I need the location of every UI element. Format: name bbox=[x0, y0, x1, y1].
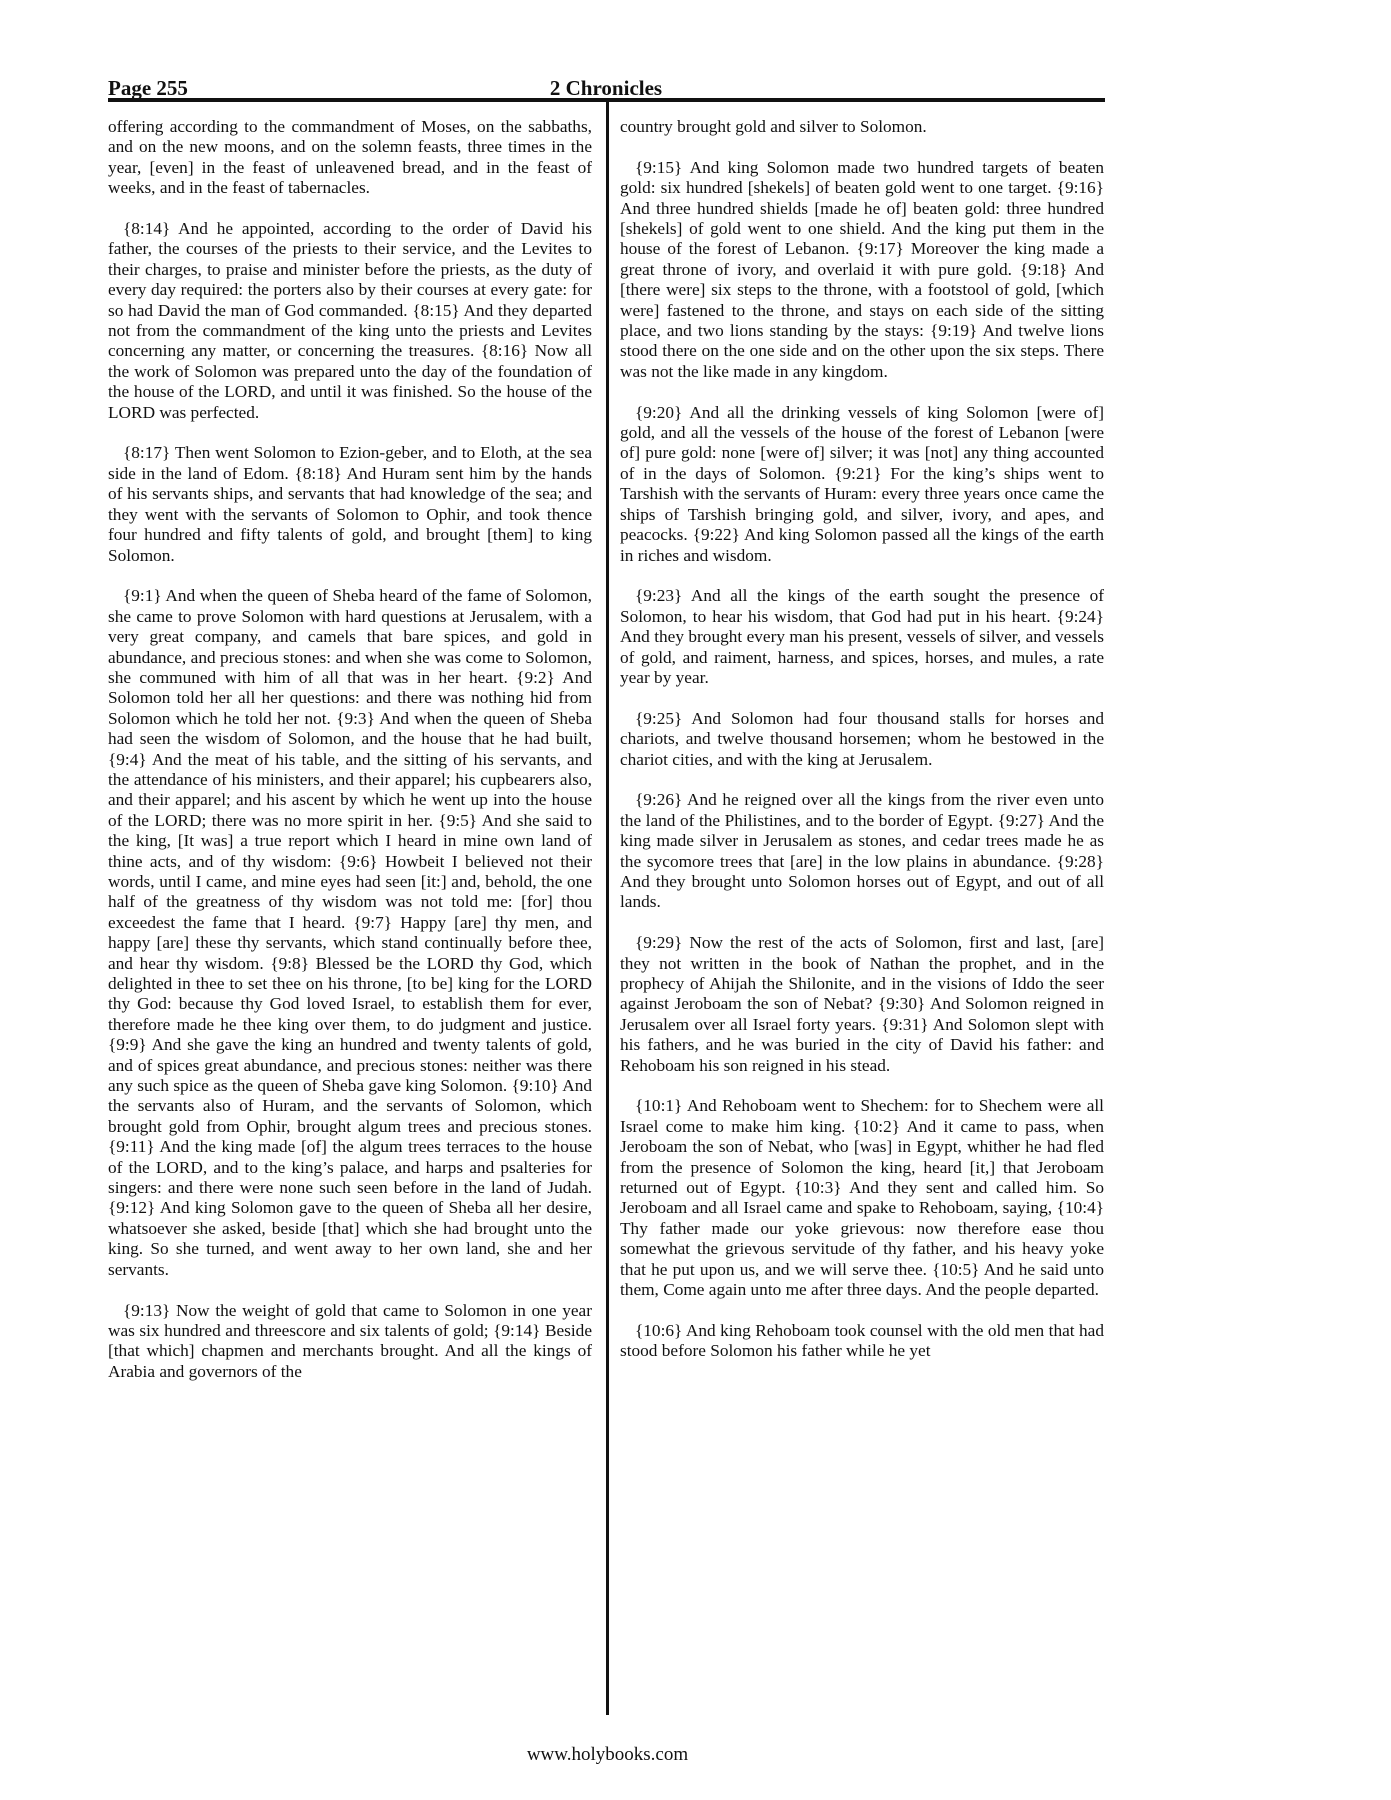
right-column: country brought gold and silver to Solom… bbox=[620, 117, 1104, 1382]
paragraph: {9:1} And when the queen of Sheba heard … bbox=[108, 586, 592, 1280]
paragraph: country brought gold and silver to Solom… bbox=[620, 117, 1104, 137]
left-column: offering according to the commandment of… bbox=[108, 117, 592, 1403]
paragraph: {9:13} Now the weight of gold that came … bbox=[108, 1301, 592, 1383]
paragraph: {10:6} And king Rehoboam took counsel wi… bbox=[620, 1321, 1104, 1362]
paragraph: {8:17} Then went Solomon to Ezion-geber,… bbox=[108, 443, 592, 565]
book-title: 2 Chronicles bbox=[108, 76, 1104, 100]
column-divider bbox=[606, 100, 609, 1715]
paragraph: {10:1} And Rehoboam went to Shechem: for… bbox=[620, 1096, 1104, 1300]
paragraph: {9:29} Now the rest of the acts of Solom… bbox=[620, 933, 1104, 1076]
paragraph: {9:23} And all the kings of the earth so… bbox=[620, 586, 1104, 688]
paragraph: offering according to the commandment of… bbox=[108, 117, 592, 199]
paragraph: {9:20} And all the drinking vessels of k… bbox=[620, 403, 1104, 566]
footer-website: www.holybooks.com bbox=[0, 1744, 1215, 1766]
page-header: Page 255 2 Chronicles bbox=[108, 76, 1104, 100]
paragraph: {9:15} And king Solomon made two hundred… bbox=[620, 158, 1104, 382]
paragraph: {9:26} And he reigned over all the kings… bbox=[620, 790, 1104, 912]
paragraph: {8:14} And he appointed, according to th… bbox=[108, 219, 592, 423]
paragraph: {9:25} And Solomon had four thousand sta… bbox=[620, 709, 1104, 770]
